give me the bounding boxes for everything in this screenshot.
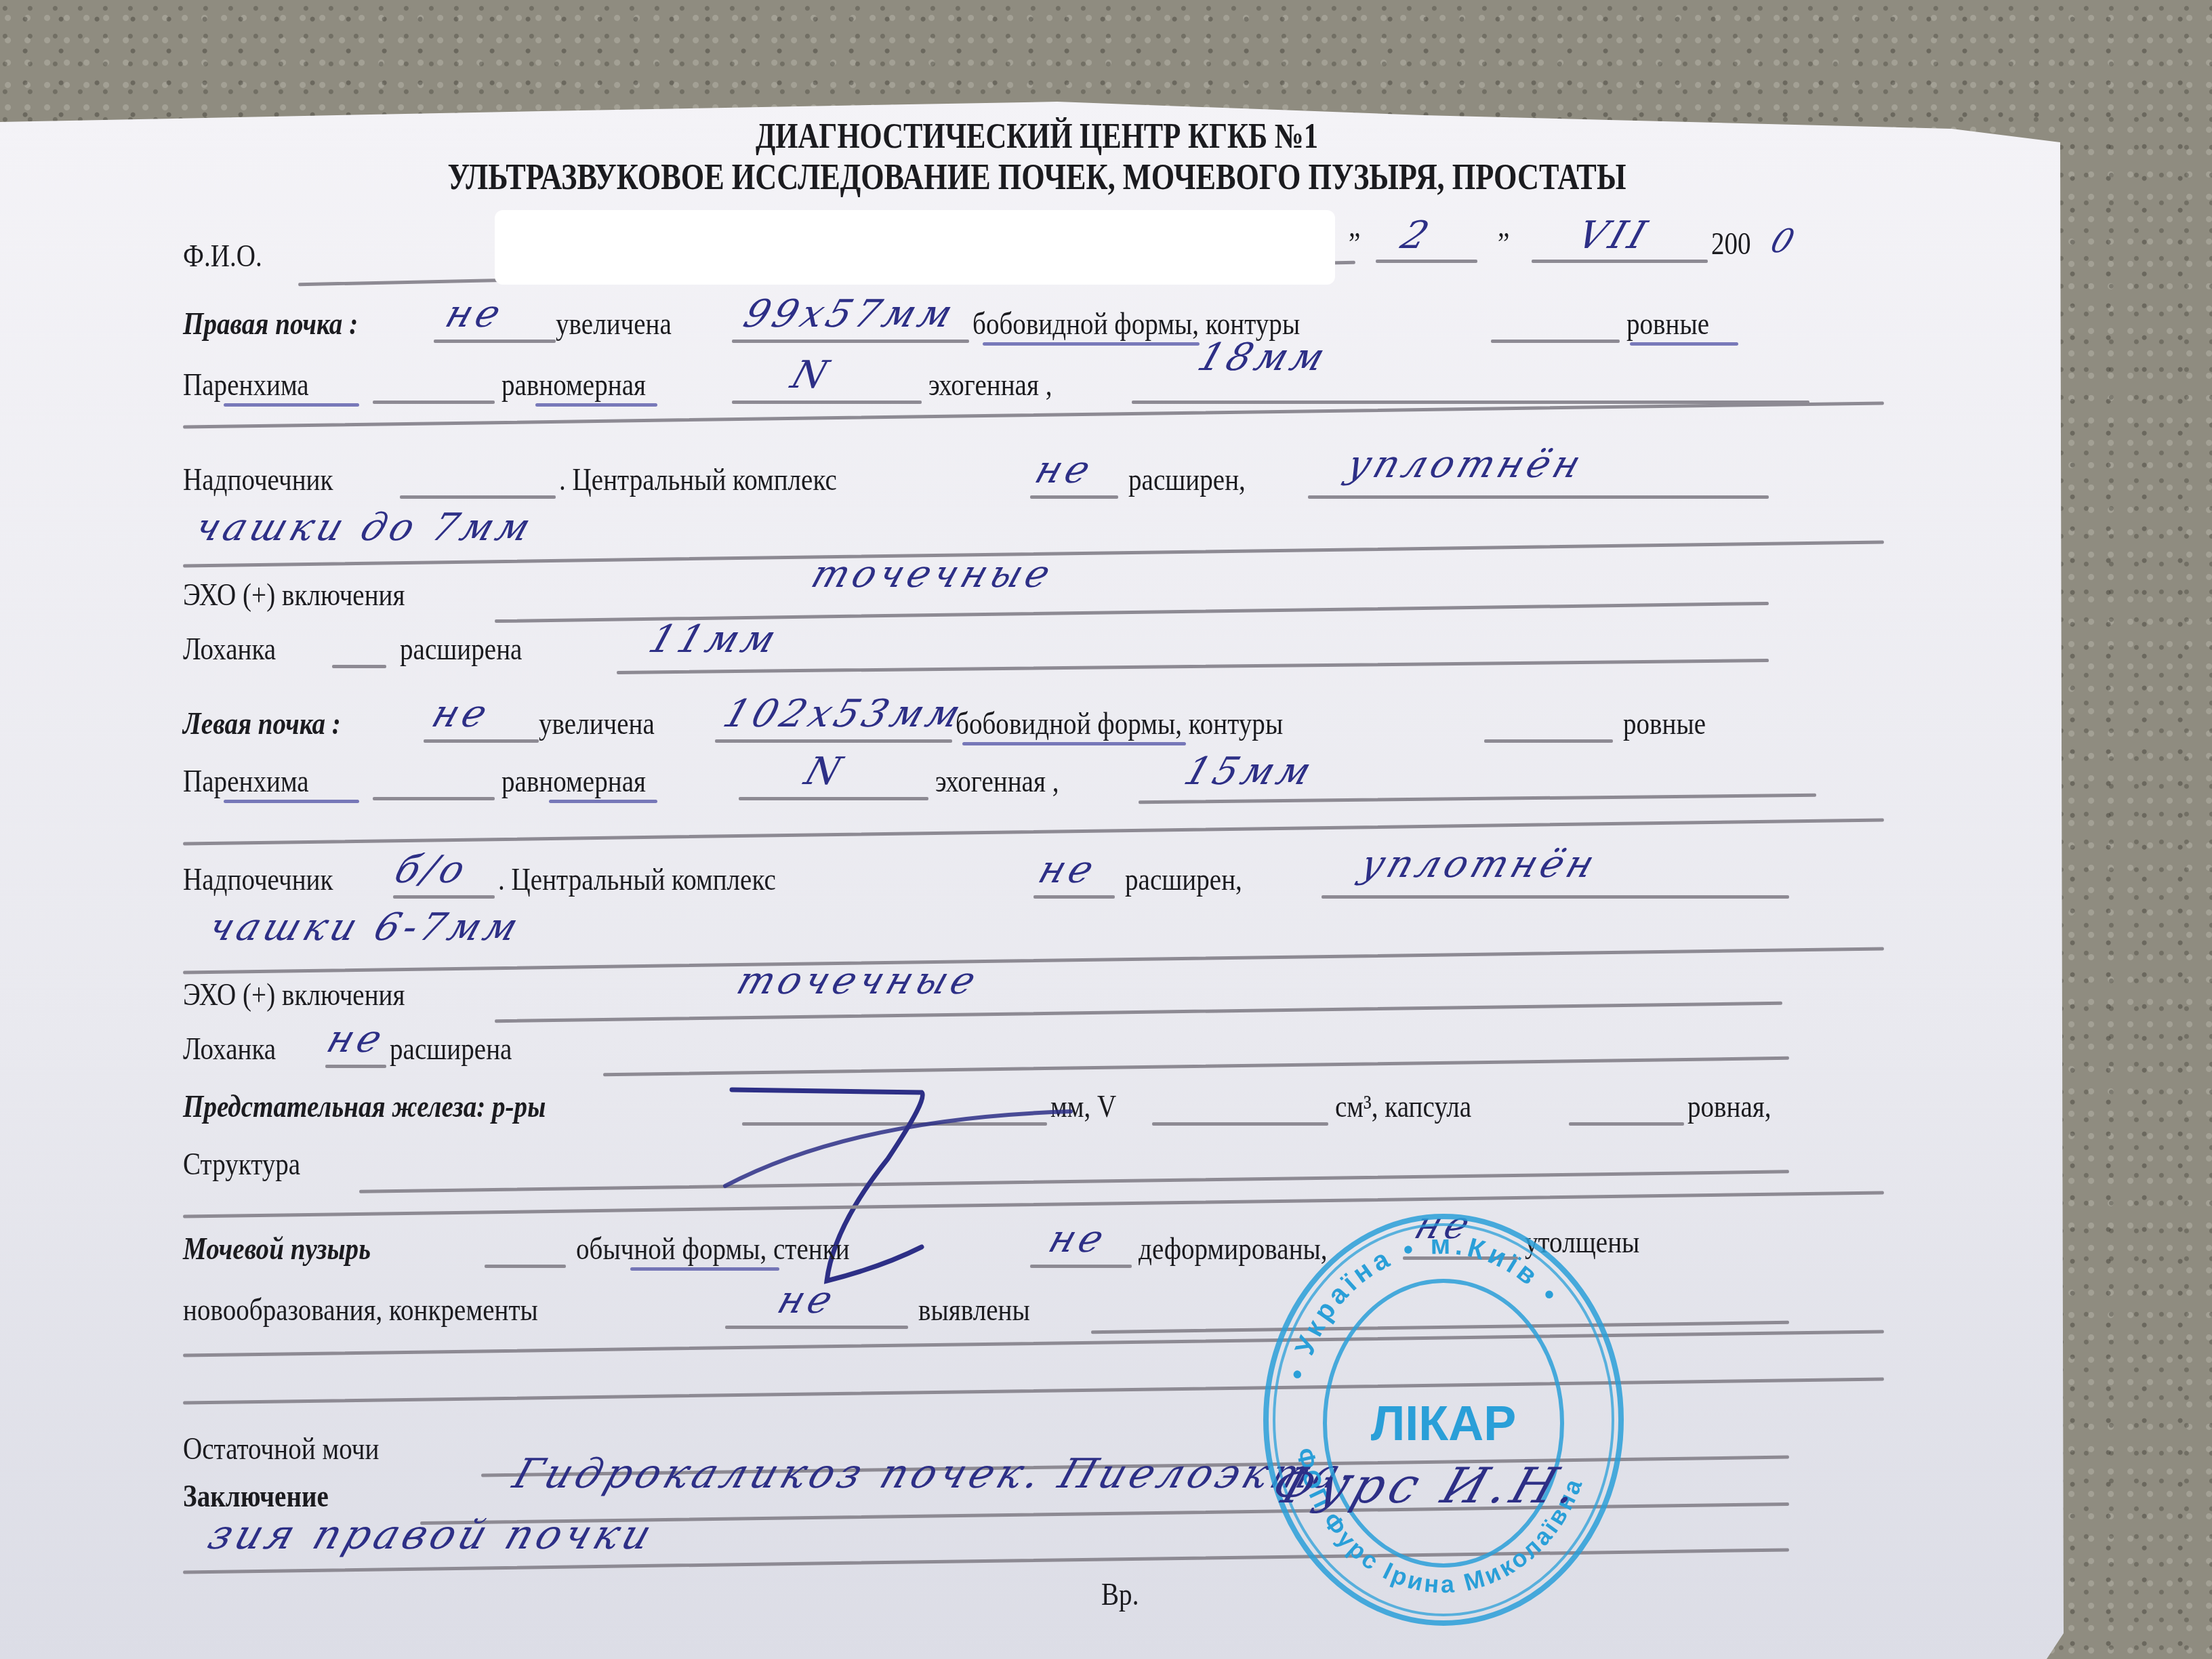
central-label: . Центральный комплекс — [498, 861, 776, 897]
parenchyma-label: Паренхима — [183, 763, 309, 799]
central-label: . Центральный комплекс — [559, 462, 837, 497]
right-central-mark: не — [1029, 448, 1099, 492]
left-central-mark: не — [1033, 848, 1103, 892]
echo-incl-field[interactable] — [495, 1002, 1782, 1023]
echo-label: эхогенная , — [935, 763, 1059, 799]
underline-mark — [630, 1267, 779, 1271]
left-kidney-size: 102х53мм — [718, 692, 970, 736]
contours-value: ровные — [1626, 306, 1709, 342]
left-kidney-enlarged-mark: не — [426, 692, 496, 736]
row-right-kidney: Правая почка : не увеличена 99х57мм бобо… — [183, 298, 1884, 346]
pelvis-value-field[interactable] — [603, 1057, 1789, 1076]
adrenal-field[interactable] — [393, 895, 495, 899]
header-clinic: ДИАГНОСТИЧЕСКИЙ ЦЕНТР КГКБ №1 — [186, 117, 1887, 157]
redacted-name — [495, 210, 1335, 285]
left-adrenal-value: б/о — [389, 848, 474, 892]
adrenal-label: Надпочечник — [183, 861, 333, 897]
conclusion-label: Заключение — [183, 1478, 329, 1514]
neo-field[interactable] — [725, 1326, 908, 1329]
bladder-field[interactable] — [485, 1265, 566, 1268]
right-cups-note: чашки до 7мм — [189, 506, 539, 550]
contours-value: ровные — [1623, 705, 1706, 741]
echo-incl-label: ЭХО (+) включения — [183, 577, 405, 613]
left-echo-incl: точечные — [731, 959, 985, 1003]
structure-label: Структура — [183, 1146, 300, 1182]
row-left-central: Надпочечник б/о . Центральный комплекс н… — [183, 854, 1884, 901]
echo-field[interactable] — [739, 797, 928, 800]
left-kidney-size-field[interactable] — [715, 739, 952, 743]
found-label: выявлены — [918, 1292, 1030, 1328]
right-kidney-enlarged-mark: не — [440, 292, 510, 336]
walls-field[interactable] — [1030, 1265, 1132, 1268]
date-year-suffix: 0 — [1766, 222, 1803, 260]
row-patient: Ф.И.О. ” 2 ” VII 200 0 — [183, 230, 1884, 278]
pelvis-dilated-label: расширена — [400, 631, 522, 667]
parenchyma-field[interactable] — [373, 401, 495, 404]
neo-label: новообразования, конкременты — [183, 1292, 538, 1328]
neo-mark: не — [772, 1278, 842, 1322]
day-field-line[interactable] — [1376, 260, 1477, 263]
thickness-field[interactable] — [1139, 794, 1816, 804]
shape-label: бобовидной формы, контуры — [956, 705, 1283, 741]
adrenal-label: Надпочечник — [183, 462, 333, 497]
underline-mark — [224, 800, 359, 803]
doctor-signature: Фурс И.Н. — [1265, 1457, 1591, 1514]
underline-mark — [549, 800, 657, 803]
right-pelvis-value: 11мм — [643, 617, 785, 661]
cm3-label: см³, капсула — [1335, 1088, 1471, 1124]
date-year-prefix: 200 — [1711, 226, 1751, 262]
underline-mark — [983, 342, 1200, 346]
pelvis-label: Лоханка — [183, 1031, 276, 1067]
central-note-field[interactable] — [1308, 495, 1769, 499]
right-echo-incl: точечные — [806, 552, 1059, 596]
bladder-shape-label: обычной формы, стенки — [576, 1231, 850, 1267]
left-pelvis-mark: не — [321, 1017, 391, 1061]
row-right-echo-incl: ЭХО (+) включения точечные — [183, 569, 1884, 617]
central-note-field[interactable] — [1322, 895, 1789, 899]
quote-open: ” — [1349, 226, 1360, 262]
right-kidney-size: 99х57мм — [738, 292, 962, 336]
row-left-echo-incl: ЭХО (+) включения точечные — [183, 969, 1884, 1017]
residual-label: Остаточной мочи — [183, 1431, 379, 1467]
central-field[interactable] — [1033, 895, 1115, 899]
parenchyma-label: Паренхима — [183, 367, 309, 403]
row-right-central: Надпочечник . Центральный комплекс не ра… — [183, 454, 1884, 501]
adrenal-field[interactable] — [400, 495, 556, 499]
row-right-parenchyma: Паренхима равномерная N эхогенная , 18мм — [183, 359, 1884, 407]
underline-mark — [1630, 342, 1738, 346]
right-kidney-contours-field[interactable] — [1491, 340, 1620, 343]
quote-close: ” — [1498, 226, 1509, 262]
echo-label: эхогенная , — [928, 367, 1052, 403]
row-left-pelvis: Лоханка не расширена — [183, 1023, 1884, 1071]
right-kidney-title: Правая почка : — [183, 306, 358, 342]
stamp-top-text: • Україна • м.Київ • — [1282, 1230, 1566, 1382]
capsule-value: ровная, — [1687, 1088, 1771, 1124]
conclusion-line1: Гидрокаликоз почек. Пиелоэкта- — [508, 1450, 1369, 1498]
prostate-title: Предстательная железа: р-ры — [183, 1088, 546, 1124]
capsule-field[interactable] — [1569, 1122, 1684, 1126]
pelvis-label: Лоханка — [183, 631, 276, 667]
month-field-line[interactable] — [1532, 260, 1708, 263]
central-field[interactable] — [1030, 495, 1118, 499]
right-kidney-enlarged-field[interactable] — [434, 340, 556, 343]
doctor-label: Вр. — [1101, 1576, 1139, 1612]
pelvis-dilated-label: расширена — [390, 1031, 512, 1067]
row-right-pelvis: Лоханка расширена 11мм — [183, 623, 1884, 671]
right-central-note: уплотнён — [1341, 443, 1590, 487]
pelvis-field[interactable] — [325, 1065, 386, 1068]
left-cups-note: чашки 6-7мм — [203, 905, 527, 949]
underline-mark — [962, 742, 1186, 745]
right-echo-mark: N — [785, 353, 837, 397]
stamp-center-text: ЛІКАР — [1371, 1397, 1517, 1451]
bladder-title: Мочевой пузырь — [183, 1231, 371, 1267]
uniform-label: равномерная — [501, 763, 646, 799]
header-exam-title: УЛЬТРАЗВУКОВОЕ ИССЛЕДОВАНИЕ ПОЧЕК, МОЧЕВ… — [186, 156, 1887, 198]
row-left-parenchyma: Паренхима равномерная N эхогенная , 15мм — [183, 756, 1884, 803]
underline-mark — [224, 403, 359, 407]
enlarged-label: увеличена — [556, 306, 672, 342]
underline-mark — [535, 403, 657, 407]
dilated-label: расширен, — [1128, 462, 1246, 497]
echo-incl-label: ЭХО (+) включения — [183, 977, 405, 1012]
row-left-kidney: Левая почка : не увеличена 102х53мм бобо… — [183, 698, 1884, 745]
echo-field[interactable] — [732, 401, 922, 404]
fio-label: Ф.И.О. — [183, 238, 262, 274]
right-thickness: 18мм — [1192, 335, 1334, 380]
date-day: 2 — [1395, 213, 1438, 258]
left-echo-mark: N — [799, 750, 851, 794]
date-month: VII — [1572, 213, 1656, 258]
right-kidney-size-field[interactable] — [732, 340, 969, 343]
form-sheet: ДИАГНОСТИЧЕСКИЙ ЦЕНТР КГКБ №1 УЛЬТРАЗВУК… — [0, 102, 2074, 1659]
left-kidney-title: Левая почка : — [183, 705, 341, 741]
blank-line[interactable] — [183, 818, 1884, 845]
left-central-note: уплотнён — [1355, 842, 1603, 886]
conclusion-line2: зия правой почки — [203, 1511, 661, 1559]
left-kidney-enlarged-field[interactable] — [424, 739, 539, 743]
left-kidney-contours-field[interactable] — [1484, 739, 1613, 743]
pelvis-field[interactable] — [332, 665, 386, 668]
uniform-label: равномерная — [501, 367, 646, 403]
walls-mark: не — [1043, 1217, 1113, 1261]
dilated-label: расширен, — [1125, 861, 1242, 897]
pelvis-value-field[interactable] — [617, 659, 1769, 674]
enlarged-label: увеличена — [539, 705, 655, 741]
parenchyma-field[interactable] — [373, 797, 495, 800]
left-thickness: 15мм — [1179, 750, 1320, 794]
doctor-stamp: • Україна • м.Київ • ФОП Фурс Ірина Мико… — [1254, 1196, 1633, 1630]
